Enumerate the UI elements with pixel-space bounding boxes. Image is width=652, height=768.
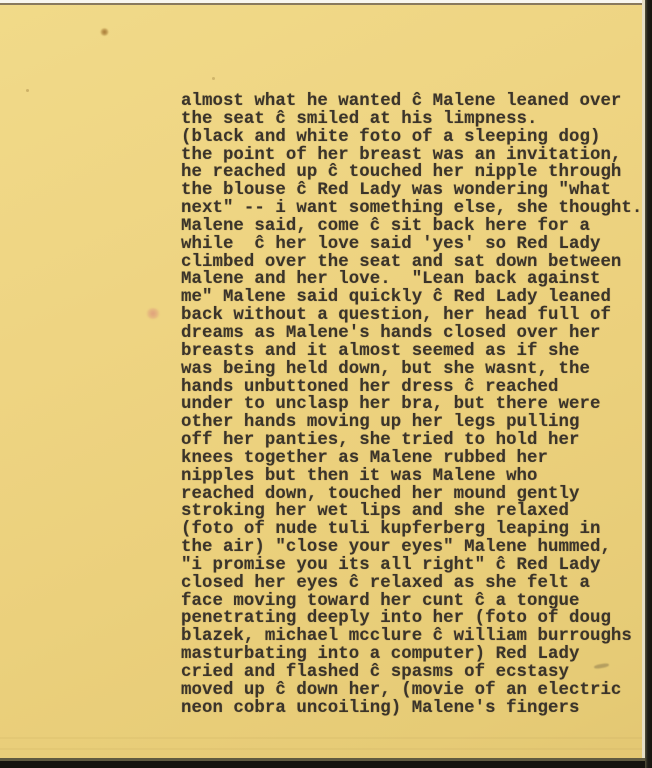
paper-crease: [0, 737, 645, 739]
scan-top-edge-line: [0, 3, 652, 5]
scan-bottom-edge: [0, 761, 645, 768]
paper-speck: [212, 77, 215, 80]
paper-crease: [0, 748, 645, 750]
scan-right-edge: [645, 0, 652, 768]
scanned-page: almost what he wanted ĉ Malene leaned ov…: [0, 0, 652, 768]
pink-smudge: [146, 308, 160, 319]
rust-stain: [100, 28, 109, 36]
paper-speck: [26, 89, 29, 92]
paper-sheet: almost what he wanted ĉ Malene leaned ov…: [0, 0, 652, 768]
typewritten-text: almost what he wanted ĉ Malene leaned ov…: [181, 93, 642, 718]
